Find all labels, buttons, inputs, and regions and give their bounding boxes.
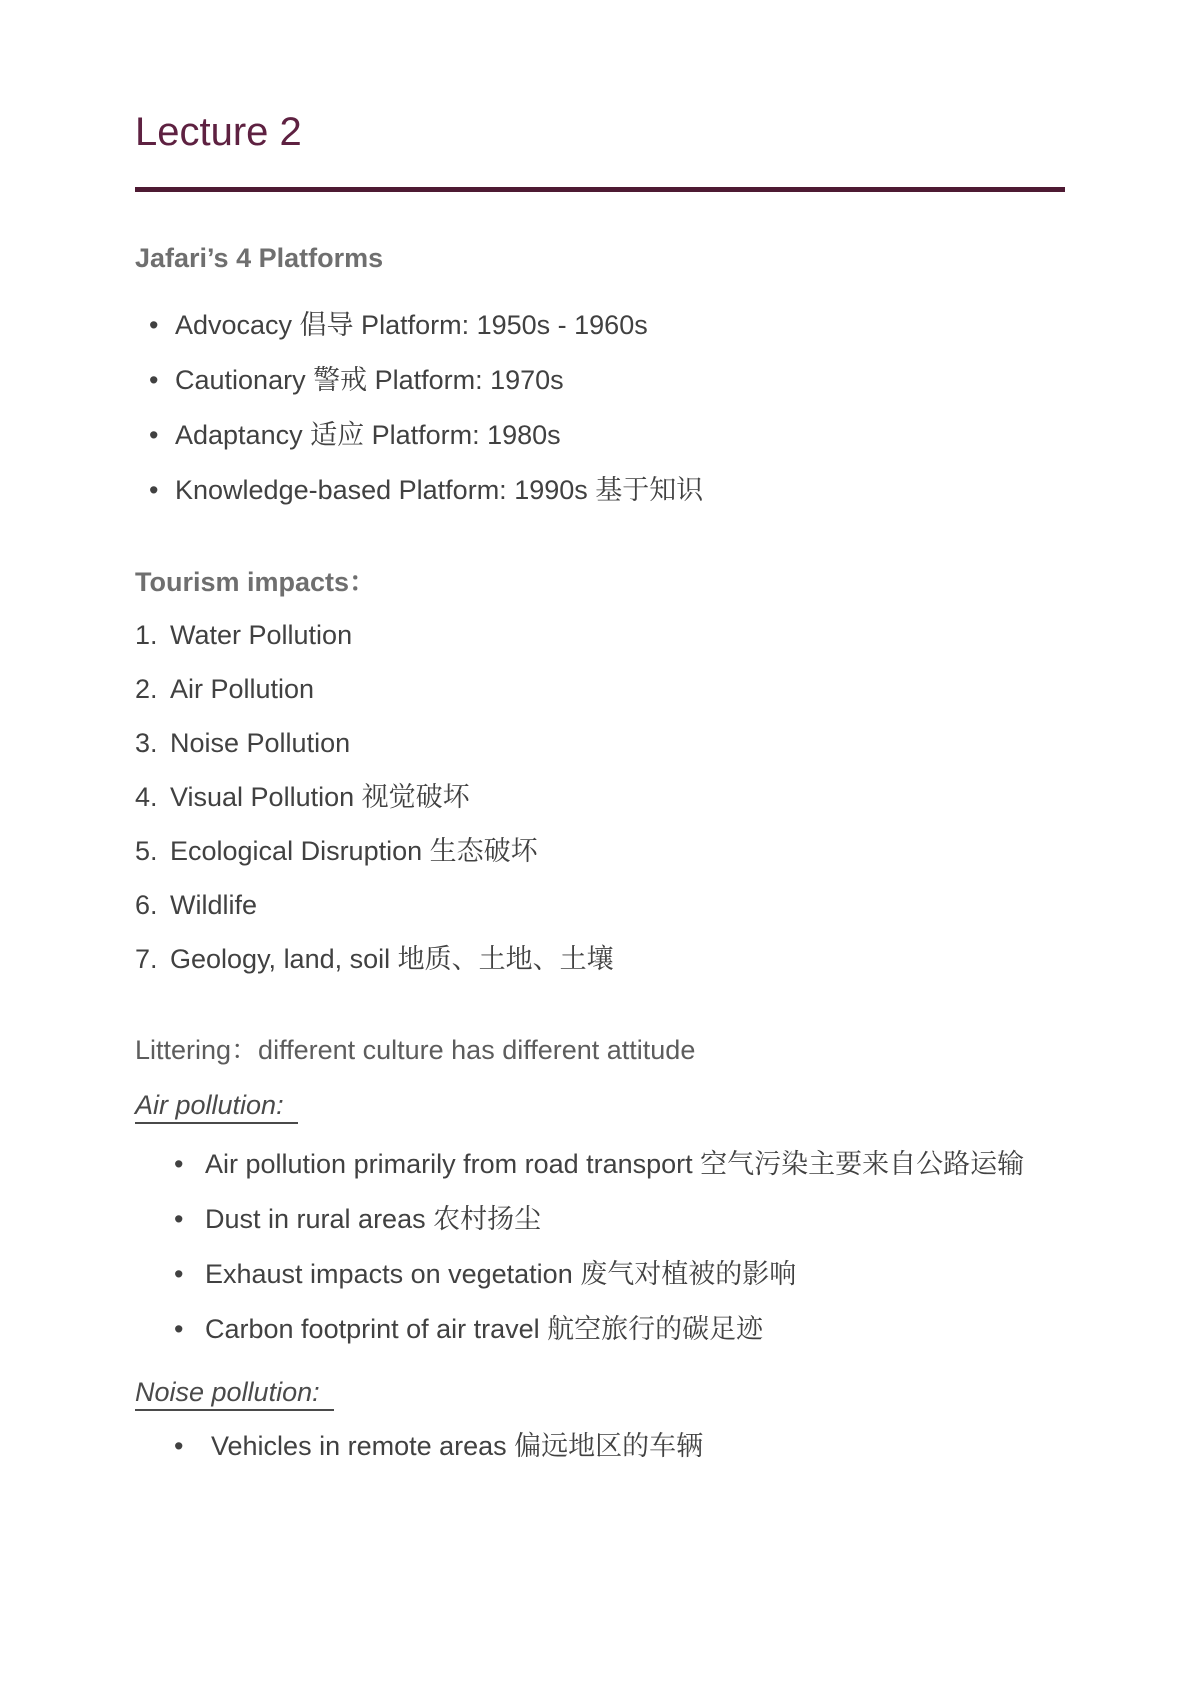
bullet-icon: • — [135, 473, 175, 507]
bullet-icon: • — [135, 418, 175, 452]
list-item: • Carbon footprint of air travel 航空旅行的碳足… — [168, 1310, 1065, 1349]
list-item-text: Air Pollution — [170, 672, 1065, 706]
list-item: 7. Geology, land, soil 地质、土地、土壤 — [135, 942, 1065, 976]
list-item: • Vehicles in remote areas 偏远地区的车辆 — [168, 1427, 1065, 1466]
list-item: • Dust in rural areas 农村扬尘 — [168, 1200, 1065, 1239]
list-item-text: Water Pollution — [170, 618, 1065, 652]
list-item: • Adaptancy 适应 Platform: 1980s — [135, 418, 1065, 452]
list-item-text: Geology, land, soil 地质、土地、土壤 — [170, 942, 1065, 976]
list-number: 3. — [135, 726, 170, 760]
bullet-icon: • — [135, 363, 175, 397]
list-item-text: Carbon footprint of air travel 航空旅行的碳足迹 — [205, 1310, 1065, 1349]
list-item: • Air pollution primarily from road tran… — [168, 1145, 1065, 1184]
list-item-text: Noise Pollution — [170, 726, 1065, 760]
list-item-text: Dust in rural areas 农村扬尘 — [205, 1200, 1065, 1239]
platforms-list: • Advocacy 倡导 Platform: 1950s - 1960s • … — [135, 308, 1065, 507]
bullet-icon: • — [168, 1255, 205, 1294]
list-item-text: Cautionary 警戒 Platform: 1970s — [175, 363, 1065, 397]
list-item: 6. Wildlife — [135, 888, 1065, 922]
list-item-text: Exhaust impacts on vegetation 废气对植被的影响 — [205, 1255, 1065, 1294]
list-item-text: Advocacy 倡导 Platform: 1950s - 1960s — [175, 308, 1065, 342]
air-pollution-heading-text: Air pollution: — [135, 1088, 298, 1124]
list-number: 1. — [135, 618, 170, 652]
bullet-icon: • — [135, 308, 175, 342]
bullet-icon: • — [168, 1145, 205, 1184]
title-rule — [135, 187, 1065, 192]
bullet-icon: • — [168, 1310, 205, 1349]
page-title: Lecture 2 — [135, 108, 1065, 156]
noise-pollution-heading-text: Noise pollution: — [135, 1375, 334, 1411]
bullet-icon: • — [168, 1427, 205, 1466]
section-heading-noise-pollution: Noise pollution: — [135, 1375, 1065, 1411]
list-number: 2. — [135, 672, 170, 706]
impacts-list: 1. Water Pollution 2. Air Pollution 3. N… — [135, 618, 1065, 976]
list-item-text: Wildlife — [170, 888, 1065, 922]
section-heading-air-pollution: Air pollution: — [135, 1088, 1065, 1124]
section-heading-impacts: Tourism impacts： — [135, 565, 1065, 599]
list-item: • Exhaust impacts on vegetation 废气对植被的影响 — [168, 1255, 1065, 1294]
list-item-text: Ecological Disruption 生态破坏 — [170, 834, 1065, 868]
list-item: 2. Air Pollution — [135, 672, 1065, 706]
list-item-text: Adaptancy 适应 Platform: 1980s — [175, 418, 1065, 452]
list-number: 7. — [135, 942, 170, 976]
list-item-text: Vehicles in remote areas 偏远地区的车辆 — [205, 1427, 1065, 1466]
list-item: 3. Noise Pollution — [135, 726, 1065, 760]
section-heading-platforms: Jafari’s 4 Platforms — [135, 241, 1065, 275]
document-page: Lecture 2 Jafari’s 4 Platforms • Advocac… — [0, 0, 1200, 1698]
list-number: 5. — [135, 834, 170, 868]
list-item: 5. Ecological Disruption 生态破坏 — [135, 834, 1065, 868]
list-item-text: Knowledge-based Platform: 1990s 基于知识 — [175, 473, 1065, 507]
list-item: 4. Visual Pollution 视觉破坏 — [135, 780, 1065, 814]
noise-pollution-list: • Vehicles in remote areas 偏远地区的车辆 — [168, 1427, 1065, 1466]
list-item: 1. Water Pollution — [135, 618, 1065, 652]
list-item-text: Air pollution primarily from road transp… — [205, 1145, 1065, 1184]
littering-note: Littering：different culture has differen… — [135, 1033, 1065, 1067]
list-item: • Knowledge-based Platform: 1990s 基于知识 — [135, 473, 1065, 507]
list-number: 4. — [135, 780, 170, 814]
list-item: • Cautionary 警戒 Platform: 1970s — [135, 363, 1065, 397]
bullet-icon: • — [168, 1200, 205, 1239]
air-pollution-list: • Air pollution primarily from road tran… — [168, 1145, 1065, 1349]
list-number: 6. — [135, 888, 170, 922]
list-item: • Advocacy 倡导 Platform: 1950s - 1960s — [135, 308, 1065, 342]
list-item-text: Visual Pollution 视觉破坏 — [170, 780, 1065, 814]
